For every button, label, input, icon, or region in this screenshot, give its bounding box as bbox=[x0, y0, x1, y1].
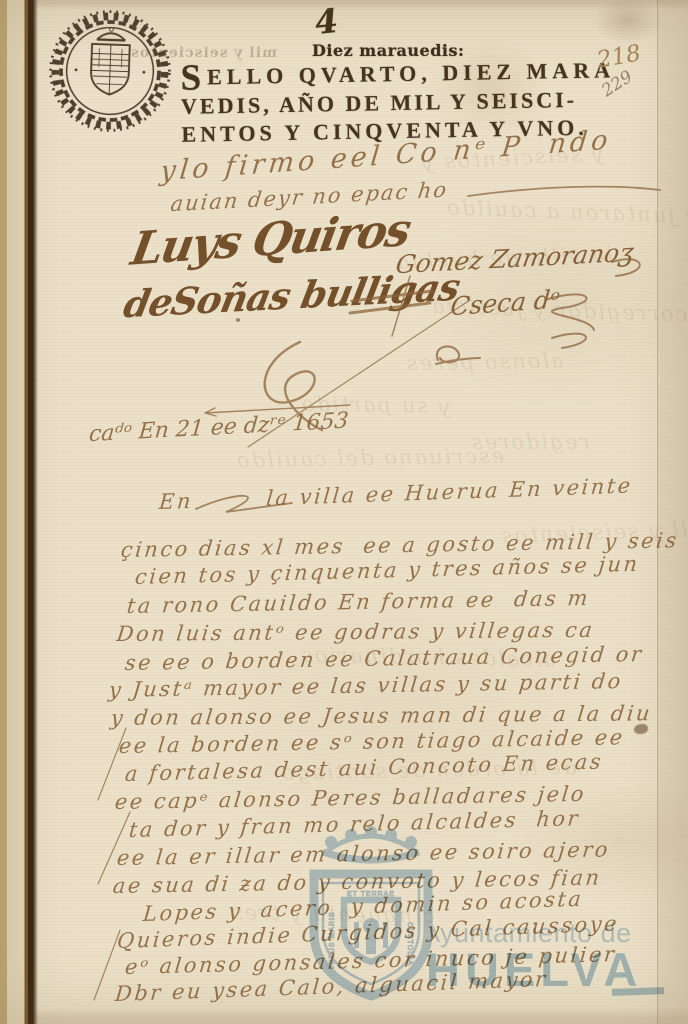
bleedthrough-text: escriuano del cauildo bbox=[235, 444, 505, 473]
folio-number-ink: 218 bbox=[595, 40, 643, 73]
binding-edge bbox=[0, 0, 38, 1024]
signature: deSoñas bulligas bbox=[121, 268, 463, 323]
page-right-edge bbox=[657, 0, 688, 1024]
body-line: ta dor y fran mo relo alcaldes hor bbox=[128, 808, 581, 841]
bleedthrough-text: regidores bbox=[470, 430, 590, 454]
body-line: En la villa ee Huerua En veinte bbox=[158, 475, 633, 513]
manuscript-page-scan: 4 mil y seiscientos Diez marauedis: SELL… bbox=[0, 0, 688, 1024]
plica-numeral: 4 bbox=[313, 1, 340, 42]
bleedthrough-text: alonso peres bbox=[405, 349, 564, 376]
body-line: ta rono Cauildo En forma ee das m bbox=[126, 588, 591, 617]
signature: Luys Quiros bbox=[128, 207, 413, 272]
notarial-seal-stamp bbox=[40, 3, 181, 140]
ink-blot bbox=[634, 724, 648, 734]
tax-banner: Diez marauedis: bbox=[312, 41, 464, 60]
body-line: Don luis antᵒ ee godras y villegas ca bbox=[116, 620, 596, 645]
date-line: caᵈᵒ En 21 ee dzʳᵉ 1653 bbox=[88, 410, 349, 446]
bleedthrough-text: se juntaron a cauildo bbox=[445, 195, 688, 228]
body-line: ee la er illar em alonso ee soiro ajero bbox=[116, 839, 611, 869]
body-line: y Justᵃ mayor ee las villas y su parti d… bbox=[108, 671, 624, 701]
signature: Cseca dᵒ bbox=[449, 286, 561, 319]
